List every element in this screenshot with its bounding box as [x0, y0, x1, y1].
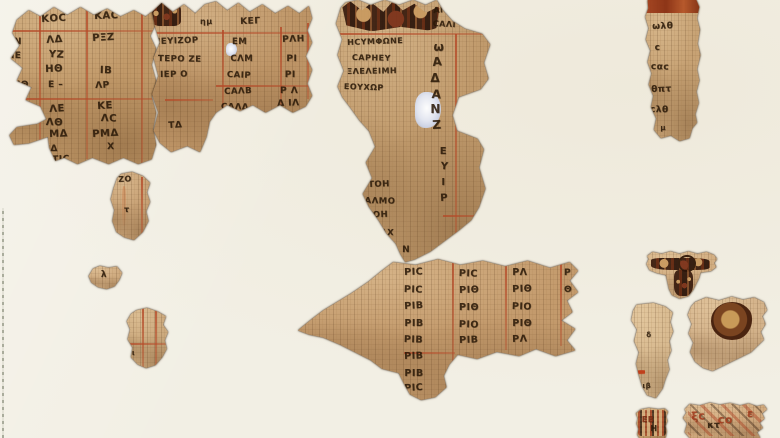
- papyrus-text: ΚΕΓ: [240, 18, 261, 28]
- papyrus-text: ημ: [200, 18, 213, 26]
- papyrus-surface: ΡΙCΡΙCΡΙΒΡΙΒΡΙΒΡΙΒΡΙΒΡΙCΡΙCΡΙΘΡΙΘΡΙΟΡΙΒΡ…: [298, 258, 578, 400]
- papyrus-text: ΡΙC: [459, 269, 478, 279]
- ruled-line-vertical: [222, 30, 224, 109]
- papyrus-text: cλθ: [650, 106, 669, 115]
- papyrus-surface: λ: [88, 266, 122, 289]
- papyrus-text: δ: [646, 332, 651, 339]
- papyrus-surface: ΚΟCΚΑCΝΙΕΔΛΙΘΙΗΛΔΥΖΗΘΕ –ΡΞΖΙΒΛΡΛΕΛΘΜΔΙΔΤ…: [8, 4, 156, 164]
- papyrus-fragment-small-left: ΖΟτ: [110, 172, 150, 240]
- papyrus-fragment-top-middle: ΚΕΓημΙΕΥΙΖΟΡΕΜΡΛΗΤΕΡΟ ΖΕCΛΜΡΙΙΕΡ ΟCΑΙΡΡΙ…: [152, 0, 312, 152]
- papyrus-text: θπτ: [651, 85, 672, 95]
- papyrus-text: Η: [650, 425, 657, 433]
- papyrus-surface: ΕΒΗ: [636, 408, 668, 438]
- papyrus-text: ξc: [691, 410, 706, 422]
- mat-edge: [2, 208, 4, 438]
- papyrus-text: ΕΜ: [232, 38, 247, 47]
- papyrus-text: ΤΟΗ: [368, 180, 390, 189]
- papyrus-text: ιβ: [642, 383, 651, 390]
- papyrus-text: ΖΟ: [118, 175, 132, 184]
- papyrus-text: ΡΙΘ: [459, 286, 479, 296]
- papyrus-text: ΡΙC: [404, 267, 423, 277]
- papyrus-text: Ε: [440, 147, 447, 157]
- papyrus-text: Ν: [402, 246, 410, 255]
- papyrus-surface: ωλθccαcθπτcλθμ: [643, 0, 701, 141]
- papyrus-text: ΕΟΥΧΩΡ: [344, 83, 384, 92]
- papyrus-fragment-tall-narrow: διβ: [627, 303, 675, 398]
- papyrus-text: ΙΒ: [99, 66, 112, 76]
- papyrus-text: ΗΘ: [45, 64, 63, 75]
- papyrus-text: Ρ: [564, 269, 571, 278]
- papyrus-surface: [645, 250, 720, 300]
- papyrus-fragment-center-bottom: ΡΙCΡΙCΡΙΒΡΙΒΡΙΒΡΙΒΡΙΒΡΙCΡΙCΡΙΘΡΙΘΡΙΟΡΙΒΡ…: [298, 258, 578, 400]
- ruled-line-vertical: [141, 177, 143, 234]
- papyrus-text: CΑΙΡ: [227, 71, 252, 80]
- papyrus-fragments-photo: ΚΟCΚΑCΝΙΕΔΛΙΘΙΗΛΔΥΖΗΘΕ –ΡΞΖΙΒΛΡΛΕΛΘΜΔΙΔΤ…: [0, 0, 780, 438]
- papyrus-text: ΡΙΟ: [459, 320, 479, 330]
- ruled-line-horizontal: [126, 343, 168, 345]
- papyrus-fragment-top-right-strip: ωλθccαcθπτcλθμ: [643, 0, 701, 141]
- papyrus-text: ΚΟC: [41, 14, 67, 25]
- papyrus-text: Ν: [14, 38, 22, 47]
- papyrus-text: CΑΡΗΕΥ: [352, 54, 391, 63]
- ruled-line-vertical: [141, 4, 143, 164]
- ruled-line-horizontal: [443, 215, 484, 217]
- papyrus-text: ΥΖ: [49, 50, 65, 61]
- papyrus-text: ΛΔ: [46, 35, 63, 46]
- ruled-line-vertical: [505, 262, 507, 350]
- papyrus-text: ΡΙΒ: [404, 351, 424, 361]
- papyrus-text: ΡΙΒ: [404, 319, 423, 329]
- papyrus-fragment-small-ruled: ι: [126, 308, 168, 368]
- papyrus-text: ΡΛ: [512, 334, 528, 344]
- papyrus-text: ΕΒ: [642, 416, 655, 424]
- papyrus-text: ΙΕΥΙΖΟΡ: [157, 37, 199, 47]
- ruled-line-vertical: [39, 10, 41, 157]
- red-squiggle: [632, 370, 645, 376]
- papyrus-surface: ΑΝΕCΑΛΙΗCΥΜΦΩΝΕCΑΡΗΕΥΞΛΕΛΕΙΜΗΕΟΥΧΩΡωΑΔΑΝ…: [333, 0, 490, 262]
- papyrus-text: ΡΙΒ: [459, 335, 479, 345]
- papyrus-text: ΤΙC: [52, 155, 70, 165]
- papyrus-text: Ρ: [440, 193, 448, 203]
- papyrus-fragment-blob: [687, 296, 767, 374]
- papyrus-text: ΛΡ: [95, 82, 110, 92]
- papyrus-text: ΚΕ: [97, 101, 113, 112]
- papyrus-surface: ΖΟτ: [110, 172, 150, 240]
- papyrus-text: Χ: [107, 143, 114, 152]
- papyrus-surface: ι: [126, 308, 168, 368]
- papyrus-text: ΛΘ: [46, 118, 64, 129]
- ruled-line-horizontal: [152, 32, 312, 34]
- papyrus-surface: ξccoεκτ: [683, 402, 767, 438]
- papyrus-text: Ζ: [432, 119, 442, 131]
- ruled-line-vertical: [155, 308, 157, 368]
- papyrus-text: c: [655, 44, 661, 53]
- papyrus-text: Ν: [430, 103, 441, 115]
- papyrus-text: ΛC: [101, 114, 117, 125]
- papyrus-text: κτ: [707, 421, 720, 430]
- papyrus-text: Υ: [441, 162, 449, 173]
- papyrus-text: ΙΗ: [11, 98, 23, 107]
- ornament-band: [149, 3, 181, 26]
- papyrus-text: Δ: [430, 72, 440, 84]
- papyrus-text: ΑΝΕ: [433, 5, 453, 14]
- papyrus-text: ΠΑΛΜΟ: [356, 197, 395, 206]
- papyrus-text: CΑΛΔ: [221, 103, 249, 112]
- papyrus-text: ΡΙ: [285, 71, 296, 80]
- papyrus-surface: ΚΕΓημΙΕΥΙΖΟΡΕΜΡΛΗΤΕΡΟ ΖΕCΛΜΡΙΙΕΡ ΟCΑΙΡΡΙ…: [152, 0, 312, 152]
- papyrus-text: ΡΞΖ: [92, 33, 115, 44]
- papyrus-text: ΕΛΤΟΗ: [353, 211, 388, 221]
- papyrus-text: τ: [124, 206, 130, 214]
- papyrus-text: ΡΙΘ: [512, 284, 532, 294]
- papyrus-text: Ι: [441, 178, 445, 188]
- papyrus-text: ωλθ: [652, 22, 674, 32]
- ruled-line-horizontal: [339, 33, 483, 35]
- papyrus-text: ΡΙΒ: [404, 335, 424, 345]
- papyrus-text: cαc: [650, 63, 669, 73]
- papyrus-text: ΤΕΡΟ ΖΕ: [158, 55, 202, 64]
- ruled-line-vertical: [560, 264, 562, 346]
- papyrus-text: ΛΙΘ: [9, 81, 28, 90]
- papyrus-text: ω: [433, 41, 444, 53]
- ink-blot-ring: [711, 302, 753, 339]
- papyrus-text: ΡΙΒ: [404, 301, 424, 311]
- ruled-line-horizontal: [11, 30, 153, 32]
- papyrus-text: Ε –: [48, 81, 63, 90]
- papyrus-fragment-tiny: λ: [88, 266, 122, 289]
- papyrus-text: Δ: [12, 66, 19, 75]
- papyrus-fragment-bottom-pattern-large: ξccoεκτ: [683, 402, 767, 438]
- papyrus-surface: διβ: [627, 303, 675, 398]
- papyrus-text: ΡΛ: [512, 268, 527, 278]
- ruled-line-vertical: [307, 23, 309, 99]
- papyrus-text: μ: [660, 125, 666, 132]
- papyrus-text: ΗCΥΜΦΩΝΕ: [347, 37, 403, 47]
- papyrus-text: ΤΑΡΑΧ: [359, 228, 394, 238]
- papyrus-text: CΛΜ: [230, 55, 253, 64]
- red-paint-band: [643, 0, 701, 13]
- papyrus-text: ΙΔ: [46, 145, 57, 154]
- ruled-line-vertical: [455, 34, 457, 254]
- papyrus-text: ΡΙΟ: [512, 302, 532, 312]
- papyrus-text: Α: [432, 56, 443, 69]
- papyrus-text: ΡΙ: [286, 55, 297, 64]
- papyrus-text: ΤΔ: [168, 121, 183, 131]
- papyrus-text: ΚΑC: [94, 11, 119, 22]
- papyrus-text: CΑΛΒ: [224, 87, 252, 96]
- papyrus-text: ΡΙΒ: [404, 369, 423, 379]
- papyrus-text: λ: [101, 271, 107, 280]
- ruled-line-vertical: [142, 308, 144, 368]
- ornament-column: [674, 270, 694, 296]
- papyrus-text: ΡΜΔ: [92, 129, 119, 140]
- papyrus-surface: [687, 296, 767, 374]
- ornament-band: [342, 1, 439, 31]
- ruled-line-horizontal: [8, 98, 156, 100]
- papyrus-text: ΡΛΗ: [282, 36, 305, 46]
- papyrus-fragment-bottom-pattern-small: ΕΒΗ: [636, 408, 668, 438]
- papyrus-text: ΡΙC: [404, 383, 423, 393]
- papyrus-text: ΡΙΘ: [512, 319, 532, 329]
- ruled-line-horizontal: [165, 99, 213, 101]
- papyrus-text: ΙΕΡ Ο: [160, 71, 188, 80]
- papyrus-text: ΞΛΕΛΕΙΜΗ: [347, 67, 397, 76]
- papyrus-text: Α: [431, 88, 441, 100]
- papyrus-text: ΜΔ: [49, 130, 68, 141]
- papyrus-text: ι: [132, 350, 135, 357]
- papyrus-text: ΡΙΘ: [459, 303, 479, 313]
- papyrus-text: ΛΕ: [49, 104, 65, 115]
- papyrus-fragment-dark-ornament: [645, 250, 720, 300]
- papyrus-text: Ρ Λ: [280, 87, 298, 96]
- papyrus-text: Δ ΙΛ: [277, 100, 300, 110]
- papyrus-fragment-top-left-table: ΚΟCΚΑCΝΙΕΔΛΙΘΙΗΛΔΥΖΗΘΕ –ΡΞΖΙΒΛΡΛΕΛΘΜΔΙΔΤ…: [8, 4, 156, 164]
- papyrus-fragment-center-tall: ΑΝΕCΑΛΙΗCΥΜΦΩΝΕCΑΡΗΕΥΞΛΕΛΕΙΜΗΕΟΥΧΩΡωΑΔΑΝ…: [333, 0, 490, 262]
- papyrus-text: Θ: [564, 286, 572, 295]
- papyrus-text: ΙΕ: [11, 52, 22, 61]
- papyrus-text: CΑΛΙ: [433, 20, 457, 29]
- papyrus-text: ΡΙC: [404, 285, 423, 295]
- papyrus-text: ε: [747, 408, 754, 419]
